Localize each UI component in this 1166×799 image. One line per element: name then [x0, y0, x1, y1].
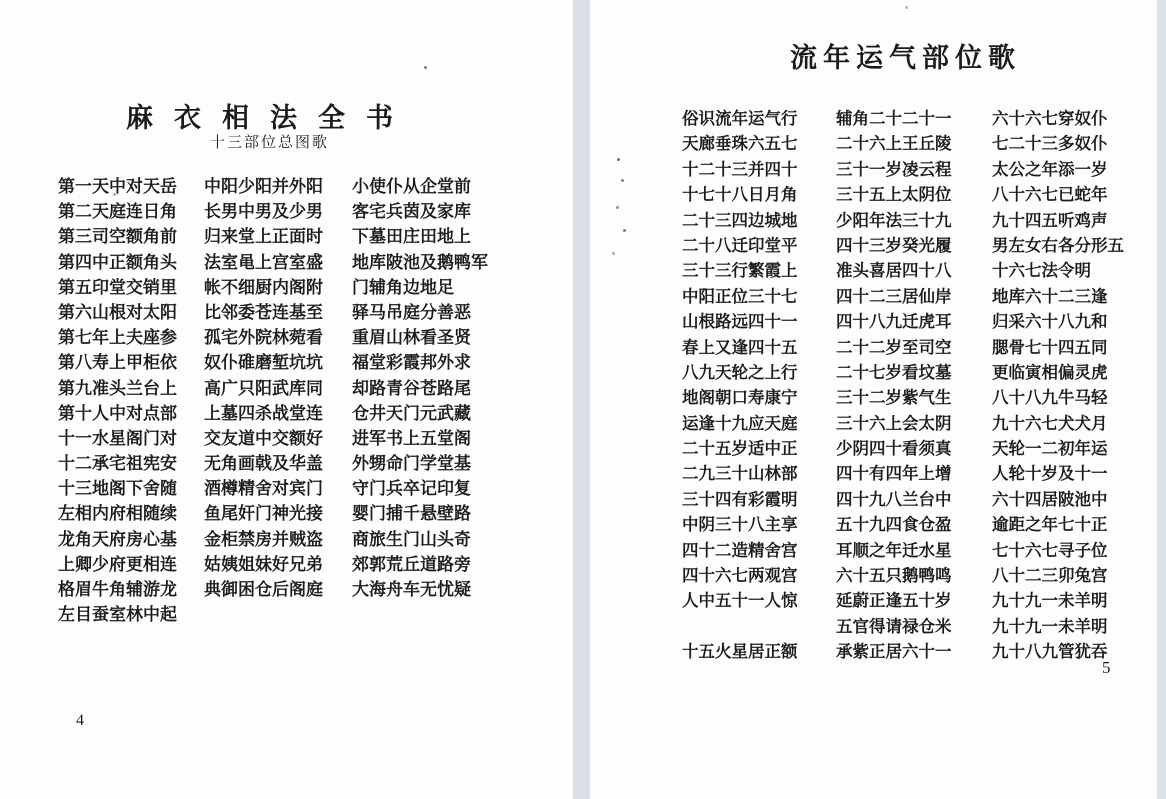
- verse-line: 第九准头兰台上: [58, 376, 177, 401]
- verse-line: 奴仆碓磨堑坑坑: [204, 350, 323, 375]
- verse-line: 俗识流年运气行: [682, 106, 798, 131]
- verse-line: 承紫正居六十一: [836, 639, 952, 664]
- verse-line: 帐不细厨内阁附: [204, 275, 323, 300]
- verse-line: 郊郭荒丘道路旁: [352, 552, 488, 577]
- verse-line: 左目蚕室林中起: [58, 602, 177, 627]
- verse-line: 少阳年法三十九: [836, 208, 952, 233]
- verse-line: 归来堂上正面时: [204, 224, 323, 249]
- left-verse-column-1: 第一天中对天岳第二天庭连日角第三司空额角前第四中正额角头第五印堂交销里第六山根对…: [58, 174, 177, 627]
- verse-line: 八九天轮之上行: [682, 360, 798, 385]
- verse-line: 第一天中对天岳: [58, 174, 177, 199]
- verse-line: 法室黾上宫室盛: [204, 250, 323, 275]
- verse-line: 格眉牛角辅游龙: [58, 577, 177, 602]
- verse-line: 无角画戟及华盖: [204, 451, 323, 476]
- verse-line: 客宅兵茵及家库: [352, 199, 488, 224]
- verse-line: 第五印堂交销里: [58, 275, 177, 300]
- verse-line: 九十九一未羊明: [992, 588, 1124, 613]
- verse-line: 下墓田庄田地上: [352, 224, 488, 249]
- verse-line: 三十二岁紫气生: [836, 385, 952, 410]
- verse-line: 六十五只鹅鸭鸣: [836, 563, 952, 588]
- right-verse-column-2: 辅角二十二十一二十六上王丘陵三十一岁凌云程三十五上太阴位少阳年法三十九四十三岁癸…: [836, 106, 952, 665]
- verse-line: 婴门捕千悬壁路: [352, 501, 488, 526]
- verse-line: 金柜禁房并贼盗: [204, 527, 323, 552]
- verse-line: 中阳少阳并外阳: [204, 174, 323, 199]
- verse-line: 二十三四边城地: [682, 208, 798, 233]
- verse-line: 八十六七已蛇年: [992, 182, 1124, 207]
- verse-line: 三十三行繁霞上: [682, 258, 798, 283]
- verse-line: 天廊垂珠六五七: [682, 131, 798, 156]
- verse-line: 七十六七寻子位: [992, 538, 1124, 563]
- verse-line: 逾距之年七十正: [992, 512, 1124, 537]
- verse-line: 男左女右各分形五: [992, 233, 1124, 258]
- verse-line: 天轮一二初年运: [992, 436, 1124, 461]
- verse-line: 十五火星居正额: [682, 639, 798, 664]
- verse-line: 三十一岁凌云程: [836, 157, 952, 182]
- verse-line: 运逢十九应天庭: [682, 411, 798, 436]
- verse-line: 上卿少府更相连: [58, 552, 177, 577]
- verse-line: 驿马吊庭分善恶: [352, 300, 488, 325]
- scan-noise-specks: [424, 66, 427, 69]
- verse-line: 耳顺之年迁水星: [836, 538, 952, 563]
- verse-line: 地库陂池及鹅鸭军: [352, 250, 488, 275]
- verse-line: 二十七岁看坟墓: [836, 360, 952, 385]
- verse-line: 鱼尾奸门神光接: [204, 501, 323, 526]
- verse-line: 十二十三并四十: [682, 157, 798, 182]
- verse-line: 二十八迁印堂平: [682, 233, 798, 258]
- left-verse-column-2: 中阳少阳并外阳长男中男及少男归来堂上正面时法室黾上宫室盛帐不细厨内阁附比邻委苍连…: [204, 174, 323, 602]
- verse-line: 地阁朝口寿康宁: [682, 385, 798, 410]
- verse-line: 第十人中对点部: [58, 401, 177, 426]
- verse-line: 二十五岁适中正: [682, 436, 798, 461]
- verse-line: 少阴四十看须真: [836, 436, 952, 461]
- verse-line: 上墓四杀战堂连: [204, 401, 323, 426]
- verse-line: 延蔚正逢五十岁: [836, 588, 952, 613]
- right-page-title: 流年运气部位歌: [790, 36, 1021, 75]
- verse-line: 人中五十一人惊: [682, 588, 798, 613]
- verse-line: 四十九八兰台中: [836, 487, 952, 512]
- verse-line: 六十六七穿奴仆: [992, 106, 1124, 131]
- verse-line: 八十八九牛马轻: [992, 385, 1124, 410]
- verse-line: 第二天庭连日角: [58, 199, 177, 224]
- verse-line: 商旅生门山头奇: [352, 527, 488, 552]
- verse-line: 三十六上会太阴: [836, 411, 952, 436]
- verse-line: 八十二三卯兔宫: [992, 563, 1124, 588]
- verse-line: 守门兵卒记印复: [352, 476, 488, 501]
- verse-line: 二十六上王丘陵: [836, 131, 952, 156]
- verse-line: 六十四居陂池中: [992, 487, 1124, 512]
- verse-line: 地库六十二三逢: [992, 284, 1124, 309]
- verse-line: 四十有四年上增: [836, 461, 952, 486]
- verse-line: 第三司空额角前: [58, 224, 177, 249]
- verse-line: 进军书上五堂阁: [352, 426, 488, 451]
- verse-line: 五十九四食仓盈: [836, 512, 952, 537]
- verse-line: 第六山根对太阳: [58, 300, 177, 325]
- verse-line: 小使仆从企堂前: [352, 174, 488, 199]
- verse-line: 却路青谷苍路尾: [352, 376, 488, 401]
- verse-line: 重眉山林看圣贤: [352, 325, 488, 350]
- verse-line: 四十三岁癸光履: [836, 233, 952, 258]
- verse-line: 四十六七两观宫: [682, 563, 798, 588]
- verse-line: 交友道中交额好: [204, 426, 323, 451]
- verse-line: 十七十八日月角: [682, 182, 798, 207]
- verse-line: 十一水星阁门对: [58, 426, 177, 451]
- verse-line: 春上又逢四十五: [682, 335, 798, 360]
- verse-line: 中阴三十八主享: [682, 512, 798, 537]
- verse-line: 酒樽精舍对宾门: [204, 476, 323, 501]
- verse-line: 三十四有彩霞明: [682, 487, 798, 512]
- verse-line: 二十二岁至司空: [836, 335, 952, 360]
- verse-line: 大海舟车无忧疑: [352, 577, 488, 602]
- verse-line: 高广只阳武库同: [204, 376, 323, 401]
- verse-line: 十二承宅祖宪安: [58, 451, 177, 476]
- verse-line: 九十四五听鸡声: [992, 208, 1124, 233]
- verse-line: 五官得请禄仓米: [836, 614, 952, 639]
- page-gutter-band: [573, 0, 590, 799]
- verse-line: 人轮十岁及十一: [992, 461, 1124, 486]
- verse-line: 归采六十八九和: [992, 309, 1124, 334]
- verse-line: 三十五上太阴位: [836, 182, 952, 207]
- scan-edge-band: [1157, 0, 1166, 799]
- verse-line: 九十六七犬犬月: [992, 411, 1124, 436]
- verse-line: [682, 614, 798, 639]
- verse-line: 第八寿上甲柜依: [58, 350, 177, 375]
- verse-line: 第四中正额角头: [58, 250, 177, 275]
- verse-line: 腮骨七十四五同: [992, 335, 1124, 360]
- verse-line: 门辅角边地足: [352, 275, 488, 300]
- right-verse-column-1: 俗识流年运气行天廊垂珠六五七十二十三并四十十七十八日月角二十三四边城地二十八迁印…: [682, 106, 798, 665]
- verse-line: 姑姨姐妹好兄弟: [204, 552, 323, 577]
- verse-line: 孤宅外院林菀看: [204, 325, 323, 350]
- right-verse-column-3: 六十六七穿奴仆七二十三多奴仆太公之年添一岁八十六七已蛇年九十四五听鸡声男左女右各…: [992, 106, 1124, 665]
- verse-line: 福堂彩霞邦外求: [352, 350, 488, 375]
- verse-line: 四十二三居仙岸: [836, 284, 952, 309]
- verse-line: 四十八九迁虎耳: [836, 309, 952, 334]
- verse-line: 二九三十山林部: [682, 461, 798, 486]
- verse-line: 辅角二十二十一: [836, 106, 952, 131]
- left-page-number: 4: [76, 712, 84, 730]
- verse-line: 典御困仓后阁庭: [204, 577, 323, 602]
- verse-line: 比邻委苍连基至: [204, 300, 323, 325]
- verse-line: 龙角天府房心基: [58, 527, 177, 552]
- verse-line: 中阳正位三十七: [682, 284, 798, 309]
- verse-line: 更临寅相偏灵虎: [992, 360, 1124, 385]
- verse-line: 第七年上夫座参: [58, 325, 177, 350]
- verse-line: 十六七法令明: [992, 258, 1124, 283]
- verse-line: 九十九一未羊明: [992, 614, 1124, 639]
- verse-line: 十三地阁下舍随: [58, 476, 177, 501]
- verse-line: 准头喜居四十八: [836, 258, 952, 283]
- verse-line: 七二十三多奴仆: [992, 131, 1124, 156]
- verse-line: 太公之年添一岁: [992, 157, 1124, 182]
- left-verse-column-3: 小使仆从企堂前客宅兵茵及家库下墓田庄田地上地库陂池及鹅鸭军门辅角边地足驿马吊庭分…: [352, 174, 488, 602]
- verse-line: 仓井天门元武藏: [352, 401, 488, 426]
- verse-line: 山根路远四十一: [682, 309, 798, 334]
- right-page-number: 5: [1102, 658, 1111, 678]
- verse-line: 左相内府相随续: [58, 501, 177, 526]
- left-page-title: 麻衣相法全书: [126, 96, 414, 135]
- left-page-subtitle: 十三部位总图歌: [210, 131, 329, 152]
- verse-line: 长男中男及少男: [204, 199, 323, 224]
- verse-line: 四十二造精舍宫: [682, 538, 798, 563]
- verse-line: 外甥命门学堂基: [352, 451, 488, 476]
